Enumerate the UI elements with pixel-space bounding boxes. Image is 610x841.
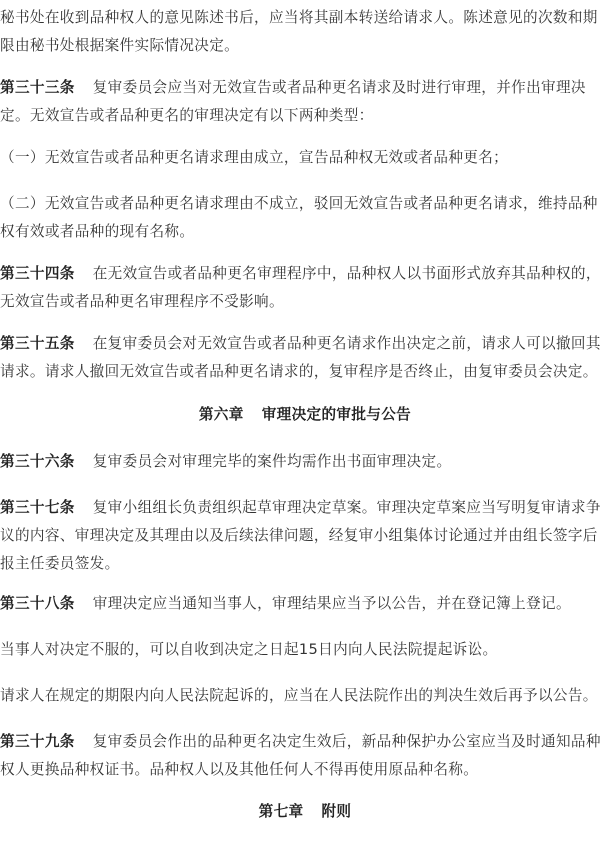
article-text: 复审委员会应当对无效宣告或者品种更名请求及时进行审理，并作出审理决定。无效宣告或… bbox=[0, 79, 586, 124]
article-33-item-2: （二）无效宣告或者品种更名请求理由不成立，驳回无效宣告或者品种更名请求，维持品种… bbox=[0, 190, 610, 246]
article-text: 在复审委员会对无效宣告或者品种更名请求作出决定之前，请求人可以撤回其请求。请求人… bbox=[0, 335, 601, 380]
article-33: 第三十三条复审委员会应当对无效宣告或者品种更名请求及时进行审理，并作出审理决定。… bbox=[0, 74, 610, 130]
article-text: 复审小组组长负责组织起草审理决定草案。审理决定草案应当写明复审请求争议的内容、审… bbox=[0, 499, 601, 572]
article-text: 复审委员会作出的品种更名决定生效后，新品种保护办公室应当及时通知品种权人更换品种… bbox=[0, 733, 601, 778]
paragraph-text: 秘书处在收到品种权人的意见陈述书后，应当将其副本转送给请求人。陈述意见的次数和期… bbox=[0, 9, 598, 54]
article-text: 在无效宣告或者品种更名审理程序中，品种权人以书面形式放弃其品种权的，无效宣告或者… bbox=[0, 265, 601, 310]
paragraph-text: 当事人对决定不服的，可以自收到决定之日起15日内向人民法院提起诉讼。 bbox=[0, 641, 497, 658]
paragraph-appeal: 当事人对决定不服的，可以自收到决定之日起15日内向人民法院提起诉讼。 bbox=[0, 636, 610, 664]
article-38: 第三十八条审理决定应当通知当事人，审理结果应当予以公告，并在登记簿上登记。 bbox=[0, 590, 610, 618]
list-item-text: （二）无效宣告或者品种更名请求理由不成立，驳回无效宣告或者品种更名请求，维持品种… bbox=[0, 195, 598, 240]
article-text: 审理决定应当通知当事人，审理结果应当予以公告，并在登记簿上登记。 bbox=[93, 595, 571, 612]
chapter-title: 附则 bbox=[321, 803, 351, 820]
article-34: 第三十四条在无效宣告或者品种更名审理程序中，品种权人以书面形式放弃其品种权的，无… bbox=[0, 260, 610, 316]
article-35: 第三十五条在复审委员会对无效宣告或者品种更名请求作出决定之前，请求人可以撤回其请… bbox=[0, 330, 610, 386]
article-33-item-1: （一）无效宣告或者品种更名请求理由成立，宣告品种权无效或者品种更名； bbox=[0, 144, 610, 172]
paragraph-comment-procedure: 秘书处在收到品种权人的意见陈述书后，应当将其副本转送给请求人。陈述意见的次数和期… bbox=[0, 4, 610, 60]
article-text: 复审委员会对审理完毕的案件均需作出书面审理决定。 bbox=[93, 453, 452, 470]
chapter-number: 第七章 bbox=[259, 803, 304, 820]
list-item-text: （一）无效宣告或者品种更名请求理由成立，宣告品种权无效或者品种更名； bbox=[0, 149, 508, 166]
article-label: 第三十三条 bbox=[0, 79, 75, 96]
article-label: 第三十四条 bbox=[0, 265, 75, 282]
article-label: 第三十七条 bbox=[0, 499, 75, 516]
article-label: 第三十六条 bbox=[0, 453, 75, 470]
chapter-number: 第六章 bbox=[199, 406, 244, 423]
article-label: 第三十五条 bbox=[0, 335, 75, 352]
chapter-6-heading: 第六章审理决定的审批与公告 bbox=[0, 401, 610, 429]
paragraph-text: 请求人在规定的期限内向人民法院起诉的，应当在人民法院作出的判决生效后再予以公告。 bbox=[0, 687, 598, 704]
article-label: 第三十八条 bbox=[0, 595, 75, 612]
chapter-7-heading: 第七章附则 bbox=[0, 798, 610, 826]
article-39: 第三十九条复审委员会作出的品种更名决定生效后，新品种保护办公室应当及时通知品种权… bbox=[0, 728, 610, 784]
article-37: 第三十七条复审小组组长负责组织起草审理决定草案。审理决定草案应当写明复审请求争议… bbox=[0, 494, 610, 578]
article-label: 第三十九条 bbox=[0, 733, 75, 750]
article-36: 第三十六条复审委员会对审理完毕的案件均需作出书面审理决定。 bbox=[0, 448, 610, 476]
chapter-title: 审理决定的审批与公告 bbox=[262, 406, 411, 423]
paragraph-announcement: 请求人在规定的期限内向人民法院起诉的，应当在人民法院作出的判决生效后再予以公告。 bbox=[0, 682, 610, 710]
